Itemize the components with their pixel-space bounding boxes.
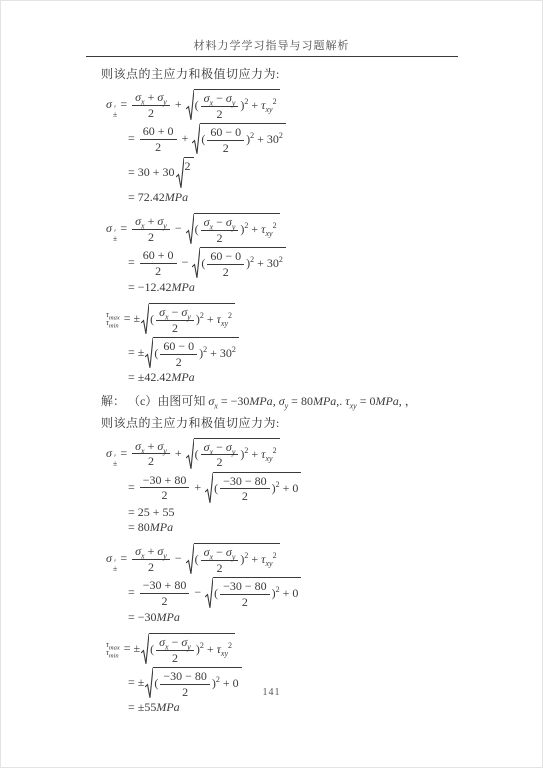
formula-line: σ′± = σx + σy2 + (σx − σy2)2 + τxy2 <box>106 89 506 121</box>
fraction: 60 + 02 <box>140 249 177 277</box>
square-root: (σx − σy2)2 + τxy2 <box>141 633 235 665</box>
equation-block-tau-extreme-c: τmaxτmin = ±(σx − σy2)2 + τxy2= ±(−30 − … <box>106 633 506 714</box>
fraction: 60 − 02 <box>207 250 244 278</box>
square-root: (60 − 02)2 + 302 <box>145 337 239 369</box>
formula-line: = ±42.42MPa <box>128 371 506 384</box>
equation-block-tau-extreme-b: τmaxτmin = ±(σx − σy2)2 + τxy2= ±(60 − 0… <box>106 303 506 384</box>
formula-line: = 72.42MPa <box>128 191 506 204</box>
formula-line: = 25 + 55 <box>128 506 506 519</box>
fraction: σx − σy2 <box>201 92 239 120</box>
fraction: σx − σy2 <box>201 216 239 244</box>
fraction: 60 − 02 <box>160 340 197 368</box>
solution-line-c: 解： （c）由图可知 σx = −30MPa, σy = 80MPa,. τxy… <box>101 395 506 408</box>
page-number: 141 <box>1 687 542 698</box>
fraction: −30 − 802 <box>220 475 270 503</box>
radical-icon <box>186 438 194 470</box>
header-title: 材料力学学习指导与习题解析 <box>1 37 542 53</box>
square-root: 2 <box>176 157 194 189</box>
formula-line: 解： （c）由图可知 σx = −30MPa, σy = 80MPa,. τxy… <box>101 395 506 408</box>
formula-line: = −30MPa <box>128 611 506 624</box>
fraction: −30 + 802 <box>140 474 190 502</box>
equation-block-sigma-max-b: σ′± = σx + σy2 + (σx − σy2)2 + τxy2= 60 … <box>106 89 506 204</box>
radical-icon <box>176 157 184 189</box>
fraction: σx + σy2 <box>132 215 170 243</box>
formula-line: = 30 + 302 <box>128 157 506 189</box>
formula-line: τmaxτmin = ±(σx − σy2)2 + τxy2 <box>106 303 506 335</box>
formula-line: = 80MPa <box>128 521 506 534</box>
fraction: σx − σy2 <box>156 306 194 334</box>
fraction: −30 + 802 <box>140 579 190 607</box>
header-rule <box>86 56 458 57</box>
formula-line: = ±(60 − 02)2 + 302 <box>128 337 506 369</box>
square-root: (σx − σy2)2 + τxy2 <box>186 438 280 470</box>
radical-icon <box>205 472 213 504</box>
radical-icon <box>192 247 200 279</box>
fraction: −30 − 802 <box>220 580 270 608</box>
fraction: σx + σy2 <box>132 545 170 573</box>
formula-line: σ′± = σx + σy2 − (σx − σy2)2 + τxy2 <box>106 213 506 245</box>
square-root: (−30 − 802)2 + 0 <box>205 577 301 609</box>
square-root: (60 − 02)2 + 302 <box>192 123 286 155</box>
formula-line: τmaxτmin = ±(σx − σy2)2 + τxy2 <box>106 633 506 665</box>
radical-icon <box>141 633 149 665</box>
square-root: (−30 − 802)2 + 0 <box>205 472 301 504</box>
formula-line: = −30 + 802 − (−30 − 802)2 + 0 <box>128 577 506 609</box>
document-page: 材料力学学习指导与习题解析 则该点的主应力和极值切应力为: σ′± = σx +… <box>0 0 543 768</box>
radical-icon <box>141 303 149 335</box>
formula-line: σ′± = σx + σy2 + (σx − σy2)2 + τxy2 <box>106 438 506 470</box>
radical-icon <box>186 543 194 575</box>
radical-icon <box>186 213 194 245</box>
square-root: (σx − σy2)2 + τxy2 <box>141 303 235 335</box>
radical-icon <box>192 123 200 155</box>
formula-line: = −12.42MPa <box>128 281 506 294</box>
tau-max-min-stack: τmaxτmin <box>106 311 120 329</box>
fraction: σx − σy2 <box>156 636 194 664</box>
fraction: σx + σy2 <box>132 91 170 119</box>
fraction: σx + σy2 <box>132 440 170 468</box>
radical-icon <box>205 577 213 609</box>
formula-line: = 60 + 02 + (60 − 02)2 + 302 <box>128 123 506 155</box>
equation-block-sigma-min-c: σ′± = σx + σy2 − (σx − σy2)2 + τxy2= −30… <box>106 543 506 624</box>
formula-line: σ′± = σx + σy2 − (σx − σy2)2 + τxy2 <box>106 543 506 575</box>
formula-line: = ±55MPa <box>128 701 506 714</box>
intro-paragraph-1: 则该点的主应力和极值切应力为: <box>101 65 506 82</box>
intro-paragraph-2: 则该点的主应力和极值切应力为: <box>101 414 506 431</box>
square-root: (60 − 02)2 + 302 <box>192 247 286 279</box>
fraction: σx − σy2 <box>201 546 239 574</box>
page-content: 则该点的主应力和极值切应力为: σ′± = σx + σy2 + (σx − σ… <box>101 65 506 724</box>
tau-max-min-stack: τmaxτmin <box>106 641 120 659</box>
equation-block-sigma-max-c: σ′± = σx + σy2 + (σx − σy2)2 + τxy2= −30… <box>106 438 506 534</box>
square-root: (σx − σy2)2 + τxy2 <box>186 543 280 575</box>
square-root: (σx − σy2)2 + τxy2 <box>186 213 280 245</box>
formula-line: = −30 + 802 + (−30 − 802)2 + 0 <box>128 472 506 504</box>
equation-block-sigma-min-b: σ′± = σx + σy2 − (σx − σy2)2 + τxy2= 60 … <box>106 213 506 294</box>
fraction: 60 + 02 <box>140 125 177 153</box>
radical-icon <box>186 89 194 121</box>
square-root: (σx − σy2)2 + τxy2 <box>186 89 280 121</box>
fraction: 60 − 02 <box>207 126 244 154</box>
formula-line: = 60 + 02 − (60 − 02)2 + 302 <box>128 247 506 279</box>
fraction: σx − σy2 <box>201 441 239 469</box>
radical-icon <box>145 337 153 369</box>
